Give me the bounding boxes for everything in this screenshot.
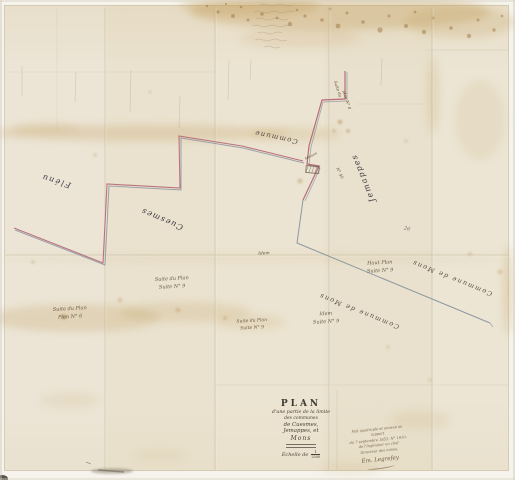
scale-fraction: 1 2500 [311, 451, 320, 460]
stain-bands [0, 0, 515, 474]
map-title: PLAN [269, 399, 333, 409]
pencil-scribble-drawing [246, 0, 320, 58]
title-block: PLAN d'une partie de la limite des commu… [269, 399, 333, 459]
sheet-ref-a: Suite du Plan Suite N° 9 [155, 274, 190, 292]
map-drawing-layer [0, 0, 515, 480]
scale-statement: Échelle de 1 2500 [269, 451, 333, 460]
certification-block: Fait quadruple et annexé au rapport du 7… [344, 424, 414, 473]
sheet-ref-e: Suite du Plan Suite N° 9 [236, 317, 267, 333]
commune-boundary-blue-line [297, 200, 493, 327]
title-subline-3: de Cuesmes, Jemappes, et [269, 422, 333, 434]
title-rule [286, 444, 316, 448]
sheet-ref-f: Idem [258, 250, 270, 258]
sheet-ref-d: Idem Suite N° 9 [312, 309, 339, 326]
boundary-line-left [14, 136, 304, 265]
sheet-ref-f-line1: Idem [258, 250, 270, 258]
title-subline-4: Mons [269, 435, 333, 442]
pencil-guide-strokes [22, 58, 382, 128]
sheet-ref-b: Suite du Plan Plan N° 6 [53, 304, 88, 322]
sheet-ref-c: Haut Plan Suite N° 9 [366, 258, 393, 275]
scanned-map-page: { "document_type": "scanned hand-drawn c… [0, 0, 515, 480]
pencil-annotations [246, 0, 320, 58]
sheet-ref-d-line2: Suite N° 9 [313, 317, 340, 326]
sheet-ref-c-line2: Suite N° 9 [367, 266, 394, 275]
label-parcel-26: 26 [403, 225, 410, 232]
title-subline-1: d'une partie de la limite [269, 410, 333, 415]
bottom-smudge [86, 462, 133, 474]
scale-denominator: 2500 [311, 455, 320, 459]
title-subline-2: des communes [269, 416, 333, 421]
scale-label: Échelle de [282, 452, 309, 458]
